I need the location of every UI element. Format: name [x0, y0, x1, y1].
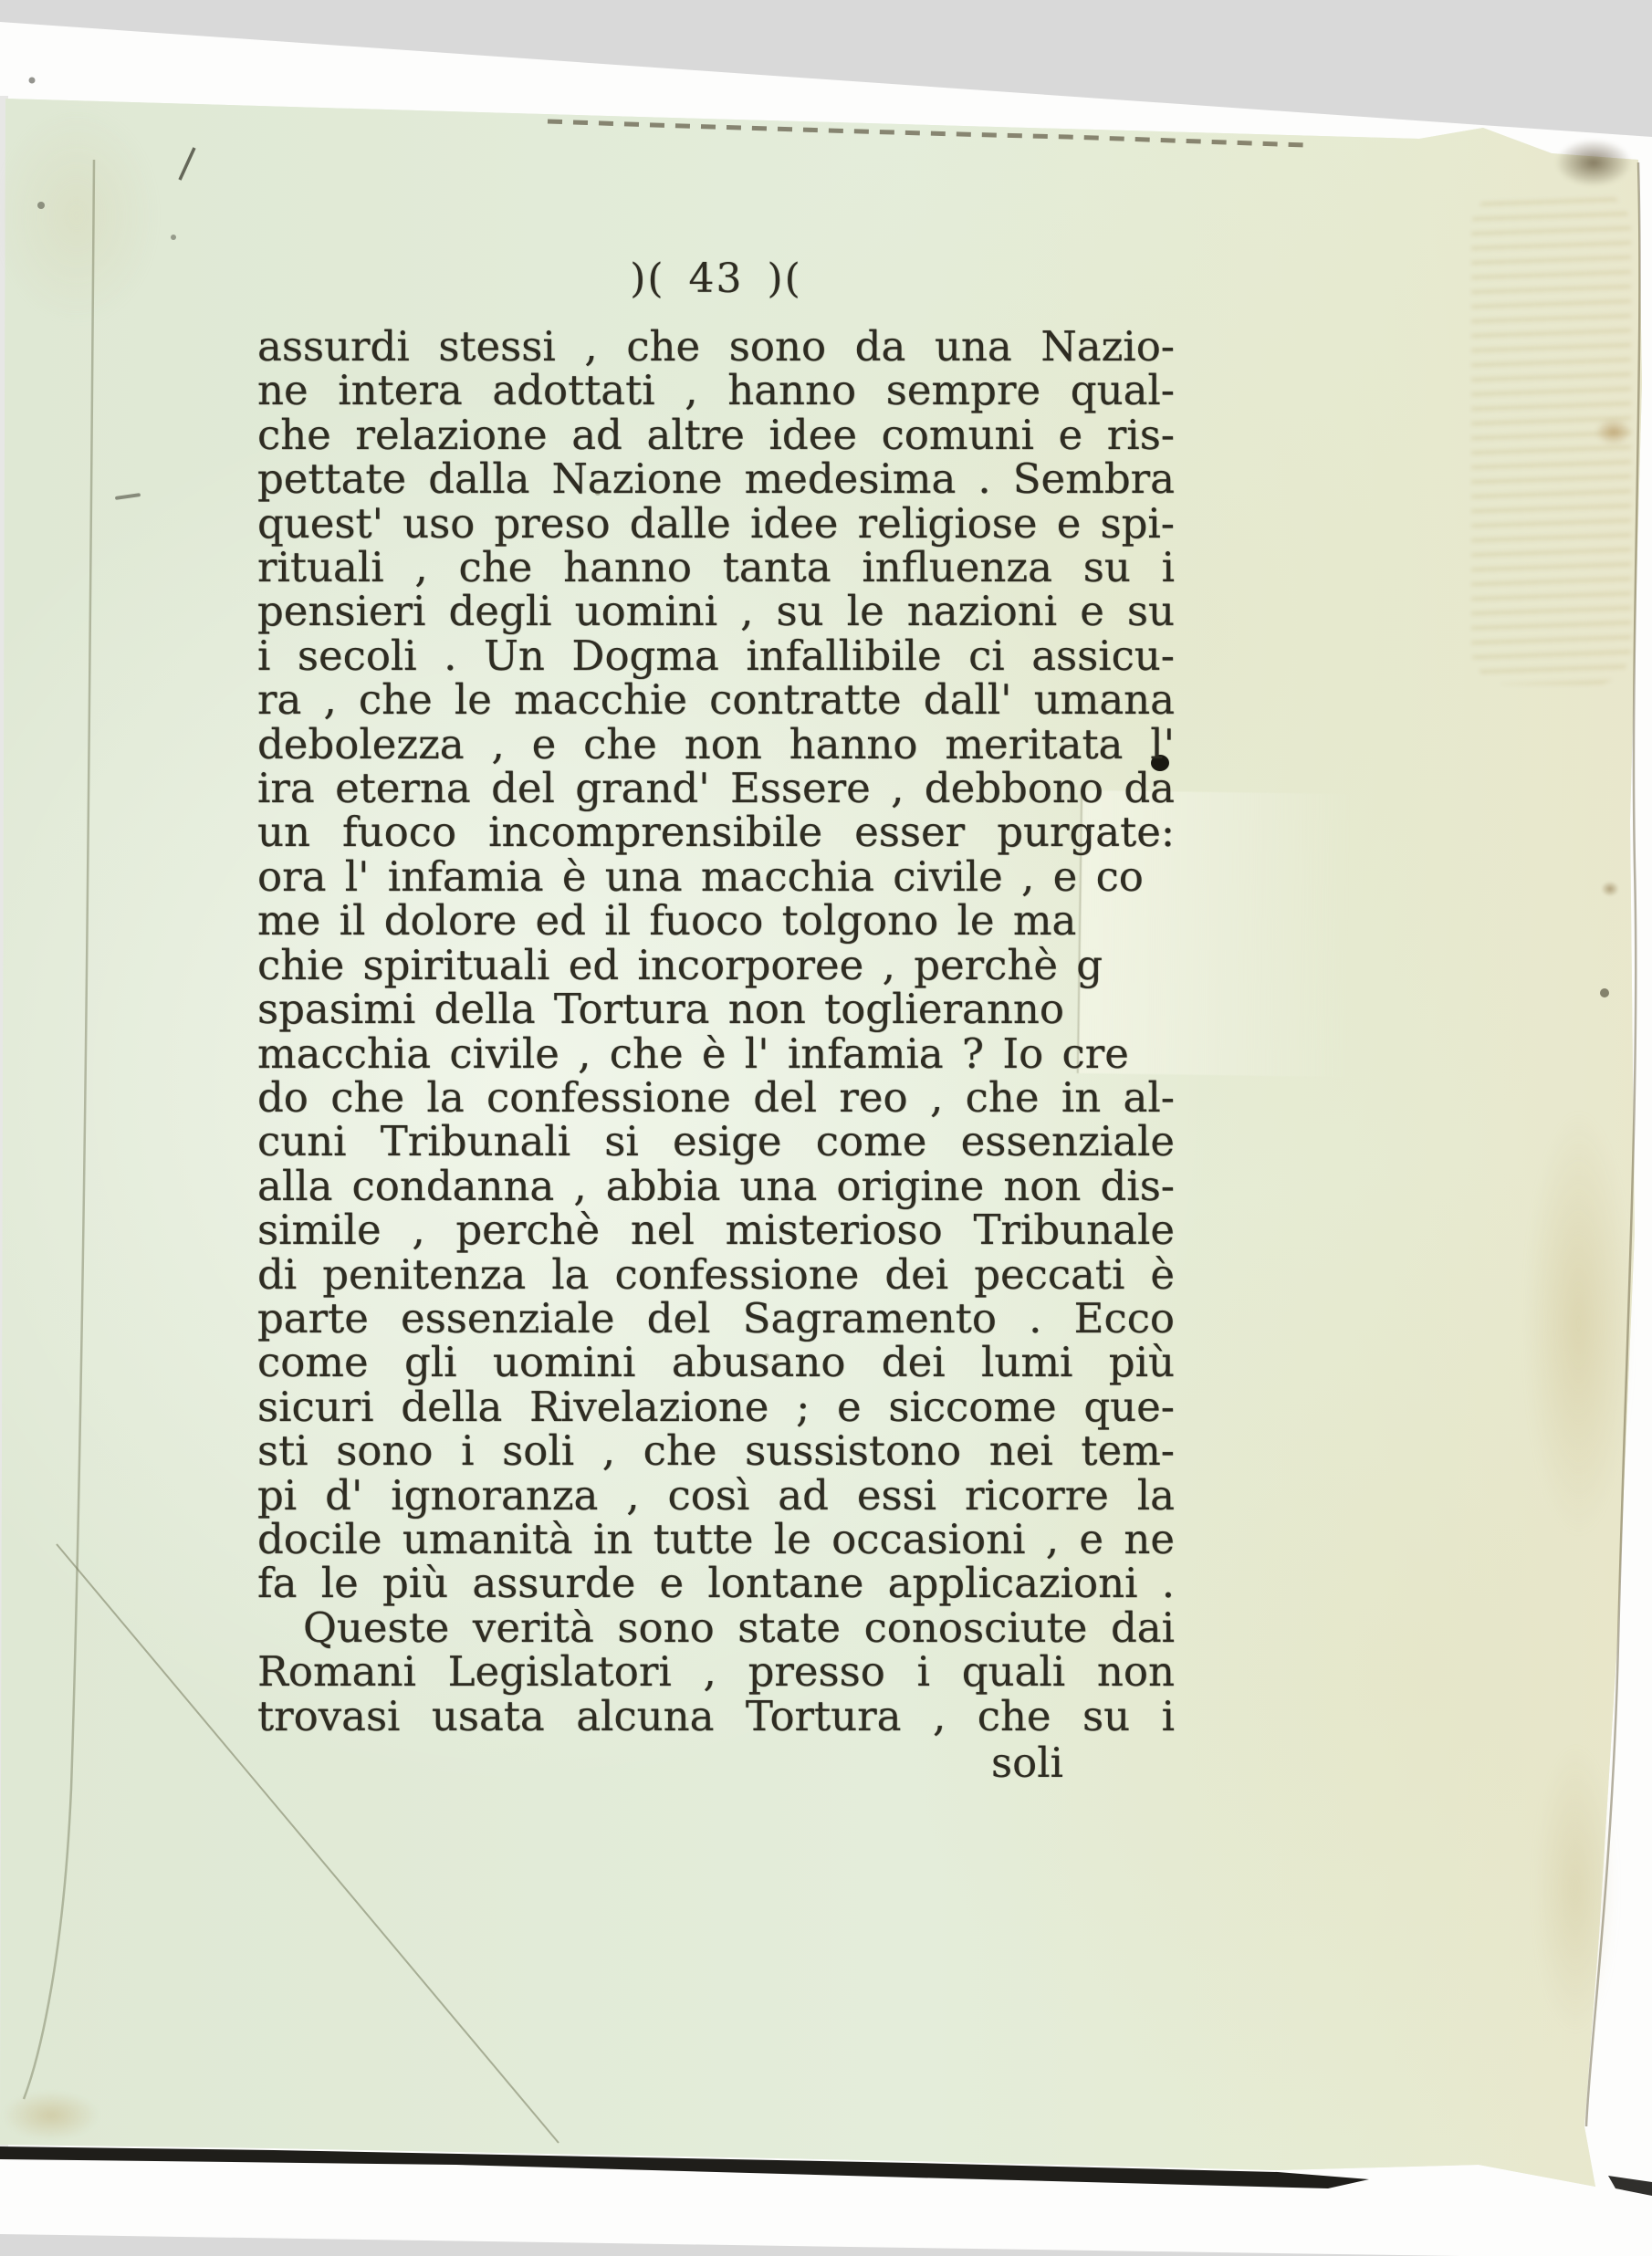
text-line: debolezza , e che non hanno meritata l': [257, 723, 1175, 767]
text-line: docile umanità in tutte le occasioni , e…: [257, 1518, 1175, 1561]
text-line: assurdi stessi , che sono da una Nazio-: [257, 325, 1175, 369]
text-line: ne intera adottati , hanno sempre qual-: [257, 369, 1175, 413]
scanned-book-page: )( 43 )( assurdi stessi , che sono da un…: [0, 0, 1652, 2256]
text-line: ora l' infamia è una macchia civile , e …: [257, 855, 1175, 899]
page-number-header: )( 43 )(: [257, 256, 1175, 302]
text-line: macchia civile , che è l' infamia ? Io c…: [257, 1032, 1175, 1076]
text-line: me il dolore ed il fuoco tolgono le ma: [257, 899, 1175, 943]
text-line: spasimi della Tortura non toglieranno: [257, 987, 1175, 1031]
text-line: simile , perchè nel misterioso Tribunale: [257, 1208, 1175, 1252]
text-line: pensieri degli uomini , su le nazioni e …: [257, 590, 1175, 633]
text-block: assurdi stessi , che sono da una Nazio-n…: [257, 325, 1175, 1739]
text-line: trovasi usata alcuna Tortura , che su i: [257, 1695, 1175, 1739]
text-line: do che la confessione del reo , che in a…: [257, 1076, 1175, 1120]
text-line: chie spirituali ed incorporee , perchè g: [257, 944, 1175, 987]
text-line: Romani Legislatori , presso i quali non: [257, 1650, 1175, 1694]
text-line: un fuoco incomprensibile esser purgate:: [257, 810, 1175, 854]
text-line: come gli uomini abusano dei lumi più: [257, 1341, 1175, 1384]
text-line: pettate dalla Nazione medesima . Sembra: [257, 457, 1175, 501]
text-line: ira eterna del grand' Essere , debbono d…: [257, 767, 1175, 810]
text-line: alla condanna , abbia una origine non di…: [257, 1165, 1175, 1208]
text-line: Queste verità sono state conosciute dai: [257, 1606, 1175, 1650]
text-line: sicuri della Rivelazione ; e siccome que…: [257, 1385, 1175, 1429]
text-line: cuni Tribunali si esige come essenziale: [257, 1120, 1175, 1164]
text-line: ra , che le macchie contratte dall' uman…: [257, 678, 1175, 722]
text-line: sti sono i soli , che sussistono nei tem…: [257, 1429, 1175, 1473]
text-line: pi d' ignoranza , così ad essi ricorre l…: [257, 1474, 1175, 1518]
text-line: fa le più assurde e lontane applicazioni…: [257, 1561, 1175, 1605]
text-line: i secoli . Un Dogma infallibile ci assic…: [257, 634, 1175, 678]
catchword: soli: [257, 1739, 1175, 1787]
text-line: di penitenza la confessione dei peccati …: [257, 1253, 1175, 1297]
text-line: quest' uso preso dalle idee religiose e …: [257, 502, 1175, 546]
text-line: rituali , che hanno tanta influenza su i: [257, 546, 1175, 590]
text-line: parte essenziale del Sagramento . Ecco: [257, 1297, 1175, 1341]
text-line: che relazione ad altre idee comuni e ris…: [257, 413, 1175, 457]
